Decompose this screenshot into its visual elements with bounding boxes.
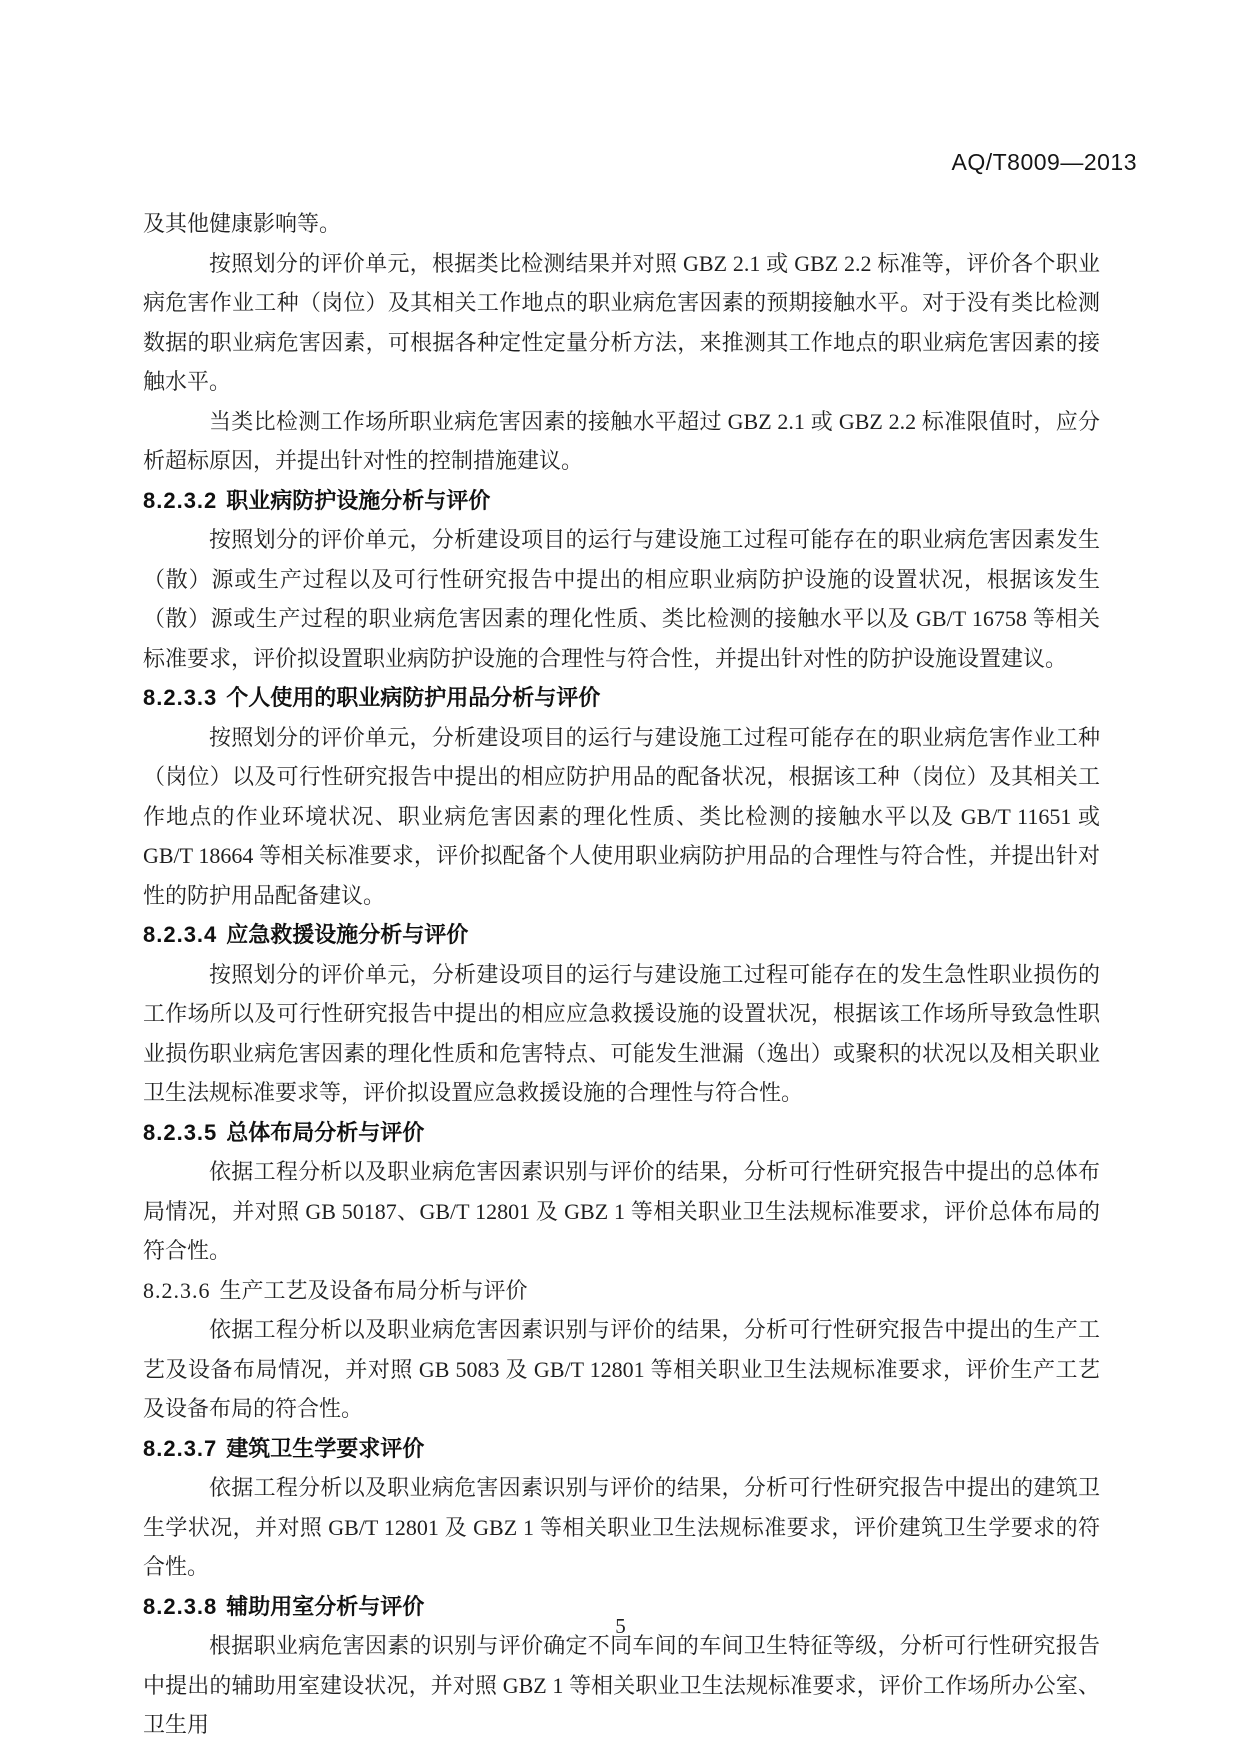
- document-page: AQ/T8009—2013 及其他健康影响等。 按照划分的评价单元，根据类比检测…: [0, 0, 1241, 1755]
- page-number: 5: [0, 1614, 1241, 1639]
- section-heading-8-2-3-7: 8.2.3.7建筑卫生学要求评价: [143, 1429, 1100, 1469]
- paragraph: 按照划分的评价单元，根据类比检测结果并对照 GBZ 2.1 或 GBZ 2.2 …: [143, 244, 1100, 402]
- section-title: 职业病防护设施分析与评价: [226, 488, 490, 513]
- section-title: 个人使用的职业病防护用品分析与评价: [226, 685, 600, 710]
- paragraph: 当类比检测工作场所职业病危害因素的接触水平超过 GBZ 2.1 或 GBZ 2.…: [143, 402, 1100, 481]
- paragraph: 依据工程分析以及职业病危害因素识别与评价的结果，分析可行性研究报告中提出的建筑卫…: [143, 1468, 1100, 1587]
- continued-paragraph: 及其他健康影响等。: [143, 204, 1100, 244]
- section-heading-8-2-3-3: 8.2.3.3个人使用的职业病防护用品分析与评价: [143, 678, 1100, 718]
- paragraph: 根据职业病危害因素的识别与评价确定不同车间的车间卫生特征等级，分析可行性研究报告…: [143, 1626, 1100, 1745]
- paragraph: 按照划分的评价单元，分析建设项目的运行与建设施工过程可能存在的职业病危害作业工种…: [143, 718, 1100, 916]
- section-title: 生产工艺及设备布局分析与评价: [220, 1278, 528, 1303]
- standard-code-header: AQ/T8009—2013: [951, 149, 1137, 176]
- section-number: 8.2.3.4: [143, 922, 217, 947]
- paragraph: 依据工程分析以及职业病危害因素识别与评价的结果，分析可行性研究报告中提出的总体布…: [143, 1152, 1100, 1271]
- section-heading-8-2-3-2: 8.2.3.2职业病防护设施分析与评价: [143, 481, 1100, 521]
- section-number: 8.2.3.2: [143, 488, 217, 513]
- paragraph: 依据工程分析以及职业病危害因素识别与评价的结果，分析可行性研究报告中提出的生产工…: [143, 1310, 1100, 1429]
- paragraph: 按照划分的评价单元，分析建设项目的运行与建设施工过程可能存在的发生急性职业损伤的…: [143, 955, 1100, 1113]
- section-title: 应急救援设施分析与评价: [226, 922, 468, 947]
- section-heading-8-2-3-4: 8.2.3.4应急救援设施分析与评价: [143, 915, 1100, 955]
- section-title: 总体布局分析与评价: [226, 1120, 424, 1145]
- section-number: 8.2.3.6: [143, 1278, 211, 1303]
- document-body: 及其他健康影响等。 按照划分的评价单元，根据类比检测结果并对照 GBZ 2.1 …: [143, 204, 1100, 1745]
- section-heading-8-2-3-6: 8.2.3.6生产工艺及设备布局分析与评价: [143, 1271, 1100, 1311]
- section-number: 8.2.3.7: [143, 1436, 217, 1461]
- section-number: 8.2.3.5: [143, 1120, 217, 1145]
- section-title: 建筑卫生学要求评价: [226, 1436, 424, 1461]
- section-heading-8-2-3-5: 8.2.3.5总体布局分析与评价: [143, 1113, 1100, 1153]
- section-number: 8.2.3.3: [143, 685, 217, 710]
- paragraph: 按照划分的评价单元，分析建设项目的运行与建设施工过程可能存在的职业病危害因素发生…: [143, 520, 1100, 678]
